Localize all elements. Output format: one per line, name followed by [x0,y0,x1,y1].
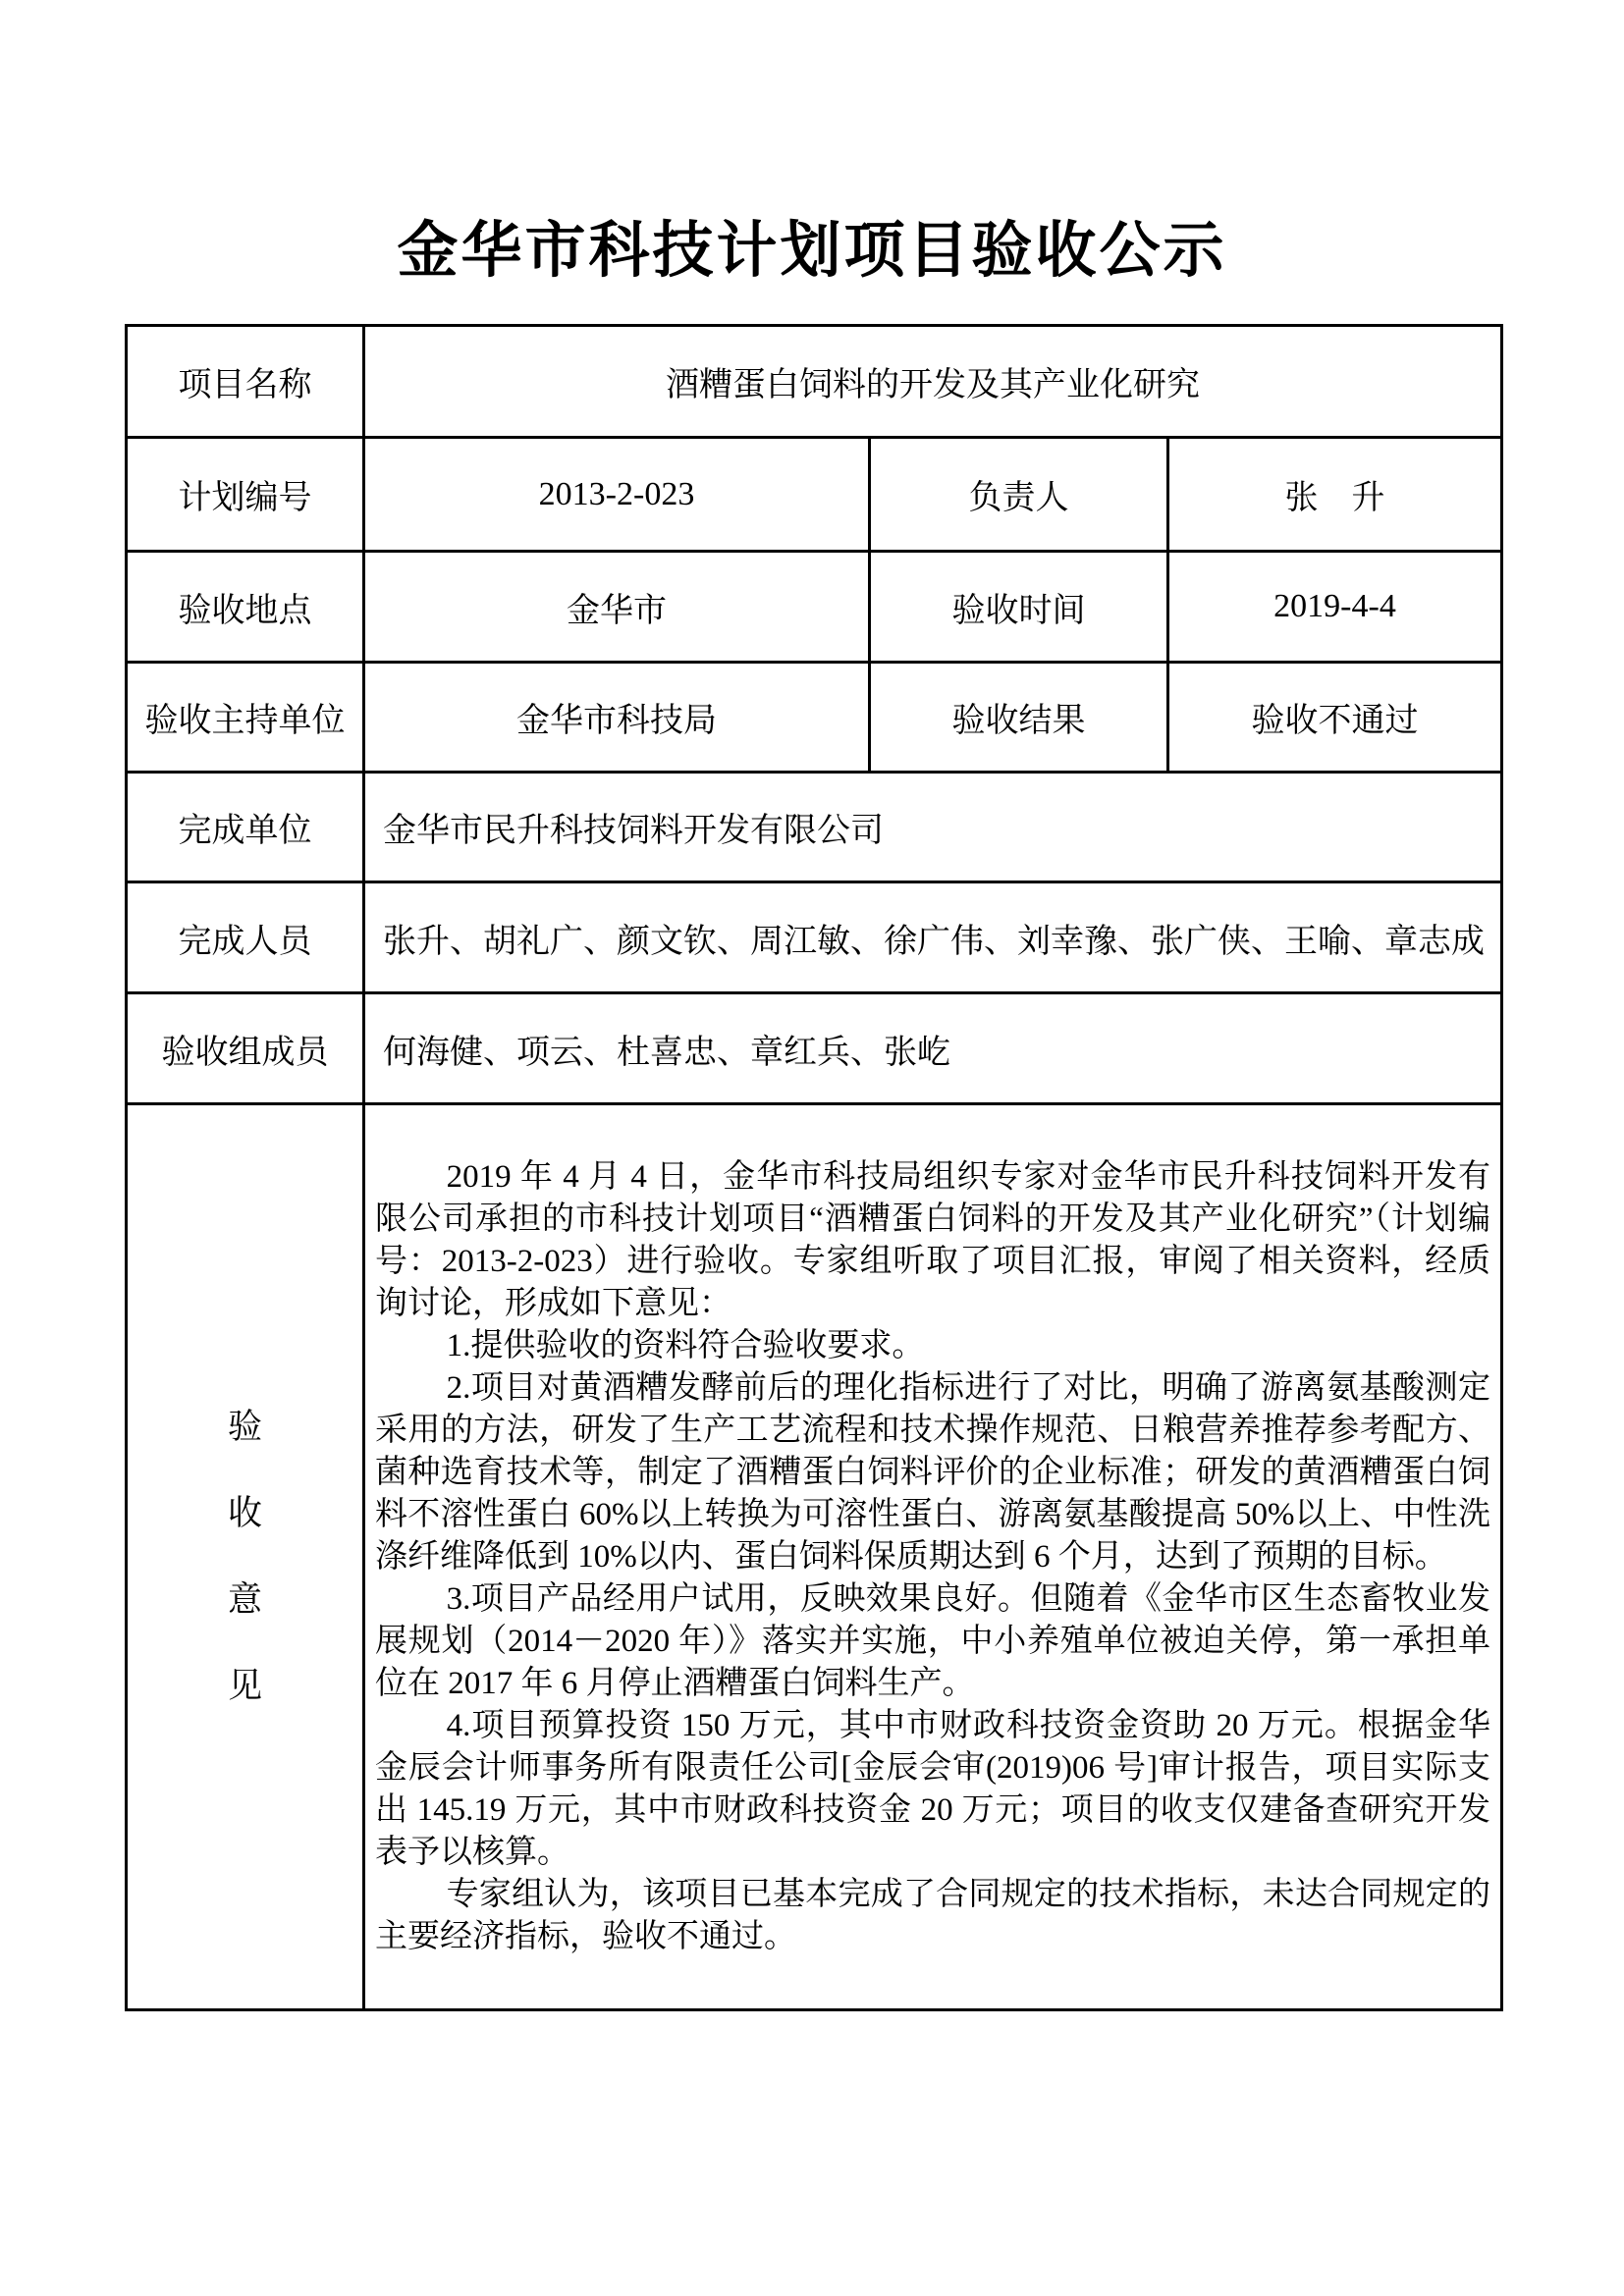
value-leader: 张 升 [1168,438,1502,552]
opinion-paragraph-3: 3.项目产品经用户试用，反映效果良好。但随着《金华市区生态畜牧业发展规划（201… [375,1578,1490,1705]
opinion-paragraph-conclusion: 专家组认为，该项目已基本完成了合同规定的技术指标，未达合同规定的主要经济指标，验… [375,1874,1490,1958]
value-completing-unit: 金华市民升科技饲料开发有限公司 [364,773,1502,882]
opinion-paragraph-intro: 2019 年 4 月 4 日，金华市科技局组织专家对金华市民升科技饲料开发有限公… [375,1156,1490,1325]
row-project-name: 项目名称 酒糟蛋白饲料的开发及其产业化研究 [127,326,1502,438]
opinion-paragraph-4: 4.项目预算投资 150 万元，其中市财政科技资金资助 20 万元。根据金华金辰… [375,1705,1490,1874]
value-acceptance-group: 何海健、项云、杜喜忠、章红兵、张屹 [364,993,1502,1104]
value-host: 金华市科技局 [364,663,870,773]
label-leader: 负责人 [870,438,1168,552]
label-host: 验收主持单位 [127,663,364,773]
label-acceptance-group: 验收组成员 [127,993,364,1104]
label-result: 验收结果 [870,663,1168,773]
row-host-result: 验收主持单位 金华市科技局 验收结果 验收不通过 [127,663,1502,773]
opinion-label-char: 意 [128,1557,362,1643]
opinion-label-char: 收 [128,1470,362,1557]
row-completing-members: 完成人员 张升、胡礼广、颜文钦、周江敏、徐广伟、刘幸豫、张广侠、王喻、章志成 [127,882,1502,993]
opinion-label-char: 验 [128,1384,362,1470]
row-acceptance-opinion: 验 收 意 见 2019 年 4 月 4 日，金华市科技局组织专家对金华市民升科… [127,1104,1502,2010]
row-completing-unit: 完成单位 金华市民升科技饲料开发有限公司 [127,773,1502,882]
label-plan-no: 计划编号 [127,438,364,552]
label-completing-unit: 完成单位 [127,773,364,882]
label-completing-members: 完成人员 [127,882,364,993]
label-time: 验收时间 [870,552,1168,663]
opinion-content: 2019 年 4 月 4 日，金华市科技局组织专家对金华市民升科技饲料开发有限公… [364,1104,1502,2010]
opinion-paragraph-1: 1.提供验收的资料符合验收要求。 [375,1325,1490,1367]
page-title: 金华市科技计划项目验收公示 [0,201,1624,289]
value-time: 2019-4-4 [1168,552,1502,663]
acceptance-table: 项目名称 酒糟蛋白饲料的开发及其产业化研究 计划编号 2013-2-023 负责… [125,324,1503,2011]
row-acceptance-group: 验收组成员 何海健、项云、杜喜忠、章红兵、张屹 [127,993,1502,1104]
value-completing-members: 张升、胡礼广、颜文钦、周江敏、徐广伟、刘幸豫、张广侠、王喻、章志成 [364,882,1502,993]
value-plan-no: 2013-2-023 [364,438,870,552]
label-project-name: 项目名称 [127,326,364,438]
value-location: 金华市 [364,552,870,663]
row-plan-no-leader: 计划编号 2013-2-023 负责人 张 升 [127,438,1502,552]
opinion-label-char: 见 [128,1643,362,1730]
value-project-name: 酒糟蛋白饲料的开发及其产业化研究 [364,326,1502,438]
document-page: 金华市科技计划项目验收公示 项目名称 酒糟蛋白饲料的开发及其产业化研究 计划编号… [0,0,1624,2296]
label-acceptance-opinion: 验 收 意 见 [127,1104,364,2010]
opinion-paragraph-2: 2.项目对黄酒糟发酵前后的理化指标进行了对比，明确了游离氨基酸测定采用的方法，研… [375,1367,1490,1578]
label-location: 验收地点 [127,552,364,663]
value-result: 验收不通过 [1168,663,1502,773]
row-location-time: 验收地点 金华市 验收时间 2019-4-4 [127,552,1502,663]
